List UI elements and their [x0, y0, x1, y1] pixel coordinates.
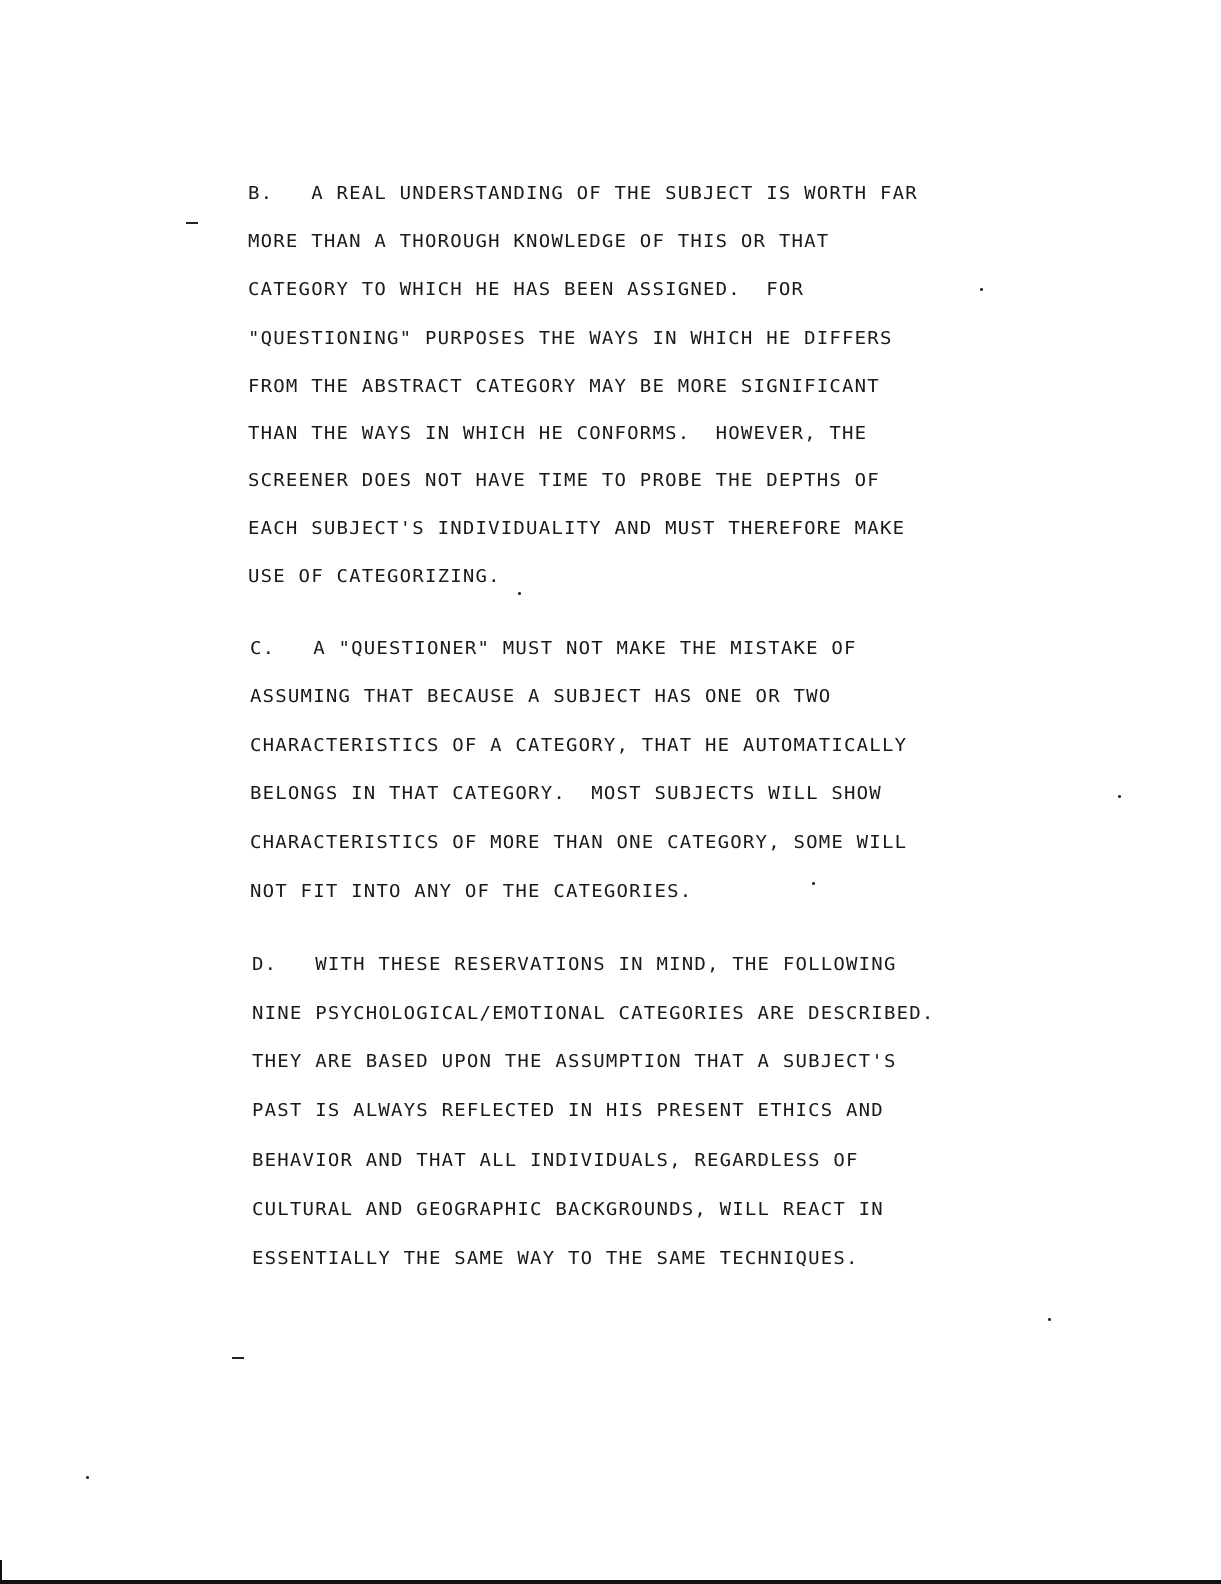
section-b-line-5: FROM THE ABSTRACT CATEGORY MAY BE MORE S…	[248, 376, 880, 397]
section-d-line-5: BEHAVIOR AND THAT ALL INDIVIDUALS, REGAR…	[252, 1150, 859, 1171]
section-d-line-3: THEY ARE BASED UPON THE ASSUMPTION THAT …	[252, 1051, 897, 1072]
section-d-line-1: D. WITH THESE RESERVATIONS IN MIND, THE …	[252, 954, 897, 975]
section-b-line-8: EACH SUBJECT'S INDIVIDUALITY AND MUST TH…	[248, 518, 905, 539]
scan-artifact	[980, 288, 983, 291]
section-b-line-4: "QUESTIONING" PURPOSES THE WAYS IN WHICH…	[248, 328, 893, 349]
section-c-line-5: CHARACTERISTICS OF MORE THAN ONE CATEGOR…	[250, 832, 907, 853]
scan-artifact	[812, 882, 815, 885]
section-b-line-1: B. A REAL UNDERSTANDING OF THE SUBJECT I…	[248, 183, 918, 204]
scan-artifact	[1048, 1318, 1051, 1321]
scan-artifact	[232, 1357, 244, 1359]
section-b-line-3: CATEGORY TO WHICH HE HAS BEEN ASSIGNED. …	[248, 279, 804, 300]
section-b-line-6: THAN THE WAYS IN WHICH HE CONFORMS. HOWE…	[248, 423, 867, 444]
section-b-line-2: MORE THAN A THOROUGH KNOWLEDGE OF THIS O…	[248, 231, 829, 252]
scan-artifact	[518, 592, 521, 595]
section-c-line-2: ASSUMING THAT BECAUSE A SUBJECT HAS ONE …	[250, 686, 831, 707]
section-d-line-6: CULTURAL AND GEOGRAPHIC BACKGROUNDS, WIL…	[252, 1199, 884, 1220]
scan-edge-bottom	[0, 1580, 1221, 1584]
scan-artifact	[86, 1476, 89, 1479]
section-d-line-4: PAST IS ALWAYS REFLECTED IN HIS PRESENT …	[252, 1100, 884, 1121]
section-c-line-6: NOT FIT INTO ANY OF THE CATEGORIES.	[250, 881, 692, 902]
section-b-line-9: USE OF CATEGORIZING.	[248, 566, 501, 587]
document-page: B. A REAL UNDERSTANDING OF THE SUBJECT I…	[0, 0, 1221, 1584]
section-d-line-2: NINE PSYCHOLOGICAL/EMOTIONAL CATEGORIES …	[252, 1003, 935, 1024]
section-c-line-4: BELONGS IN THAT CATEGORY. MOST SUBJECTS …	[250, 783, 882, 804]
scan-artifact	[1118, 795, 1121, 798]
scan-artifact	[186, 222, 198, 224]
section-b-line-7: SCREENER DOES NOT HAVE TIME TO PROBE THE…	[248, 470, 880, 491]
section-d-line-7: ESSENTIALLY THE SAME WAY TO THE SAME TEC…	[252, 1248, 859, 1269]
section-c-line-1: C. A "QUESTIONER" MUST NOT MAKE THE MIST…	[250, 638, 857, 659]
section-c-line-3: CHARACTERISTICS OF A CATEGORY, THAT HE A…	[250, 735, 907, 756]
